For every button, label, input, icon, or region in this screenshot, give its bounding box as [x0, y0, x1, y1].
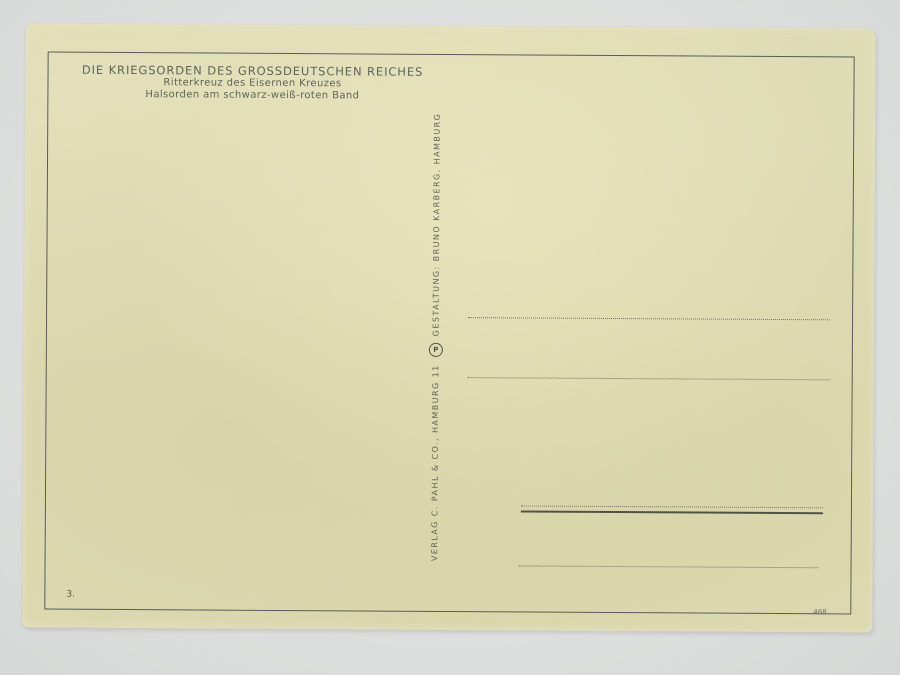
- card-number: 3.: [66, 590, 75, 600]
- publisher-divider: VERLAG C. PAHL & CO., HAMBURG 11 P GESTA…: [434, 71, 437, 601]
- caption-title: DIE KRIEGSORDEN DES GROSSDEUTSCHEN REICH…: [48, 64, 458, 80]
- caption-block: DIE KRIEGSORDEN DES GROSSDEUTSCHEN REICH…: [47, 64, 457, 104]
- caption-subtitle-2: Halsorden am schwarz-weiß-roten Band: [47, 89, 457, 104]
- postcard: DIE KRIEGSORDEN DES GROSSDEUTSCHEN REICH…: [22, 23, 876, 632]
- design-credit: GESTALTUNG: BRUNO KARBERG, HAMBURG: [431, 113, 441, 337]
- print-code: 468: [813, 608, 826, 616]
- publisher-logo-icon: P: [429, 343, 443, 357]
- printed-border-frame: [44, 52, 854, 615]
- publisher-name: VERLAG C. PAHL & CO., HAMBURG 11: [430, 364, 440, 561]
